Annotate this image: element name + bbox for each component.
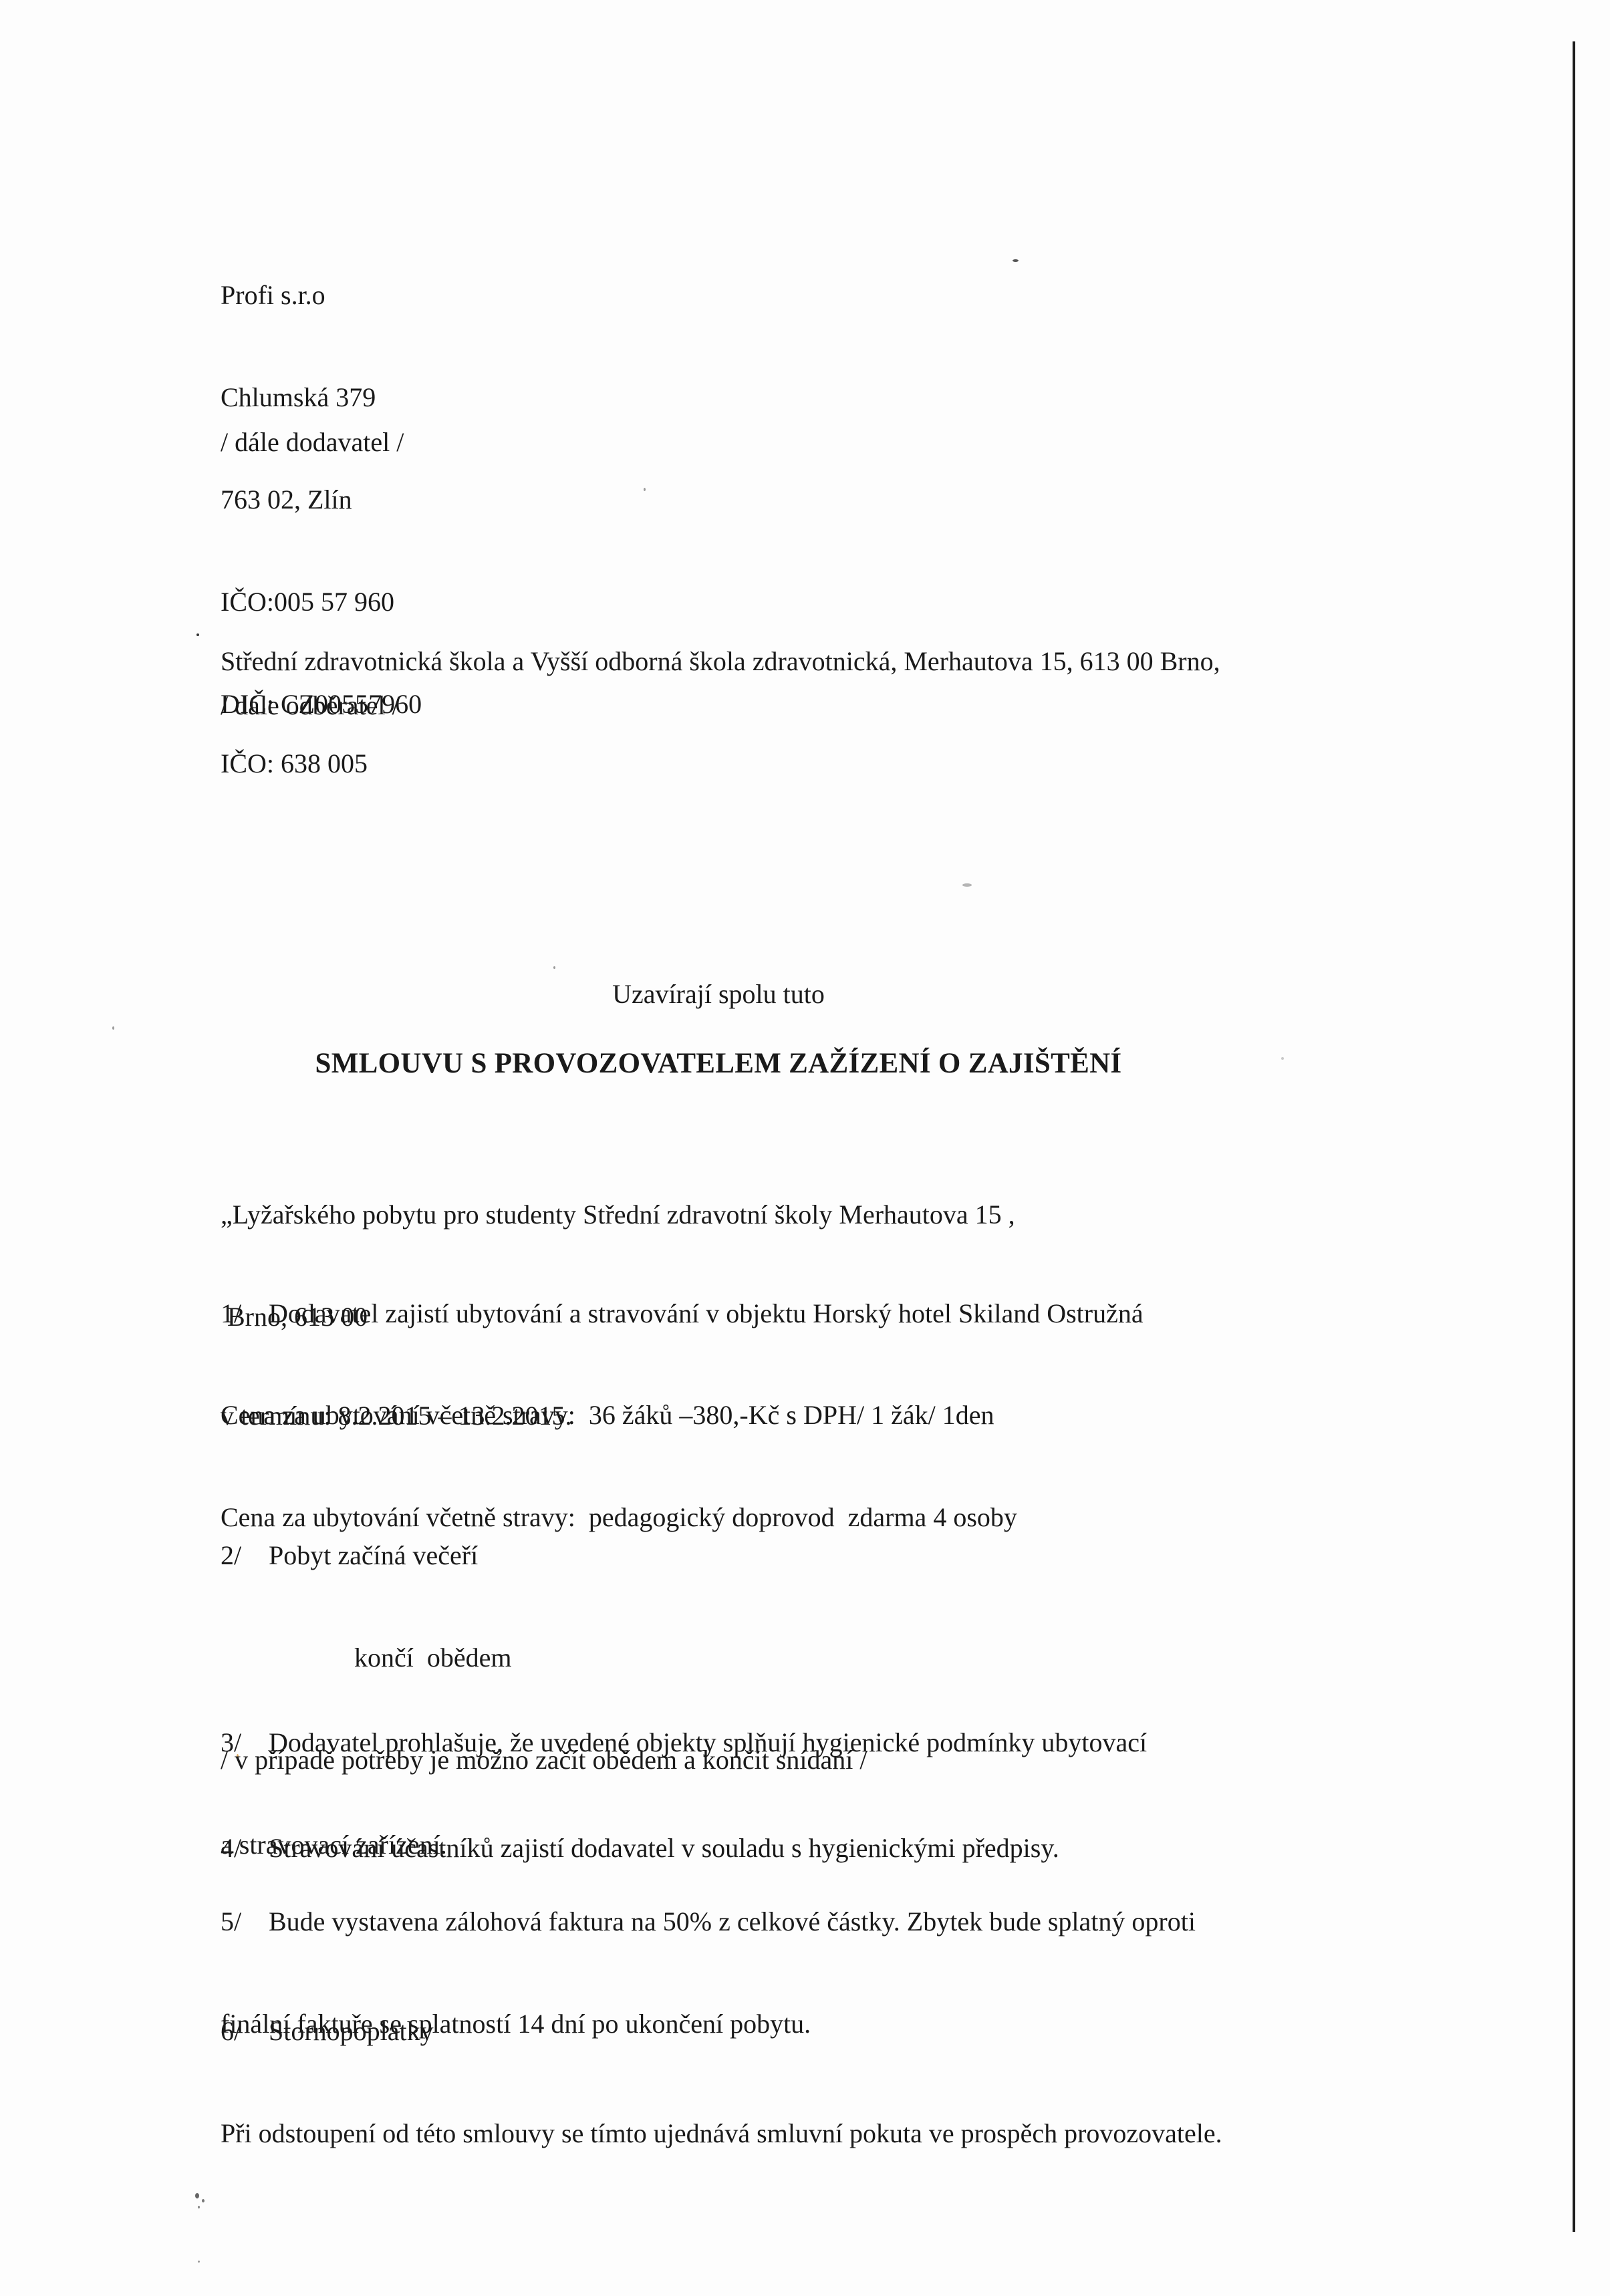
contract-title: SMLOUVU S PROVOZOVATELEM ZAŽÍZENÍ O ZAJI…: [0, 1046, 1437, 1081]
scan-speck: [1013, 259, 1019, 262]
scan-speck: [553, 966, 555, 969]
scan-speck: [962, 883, 972, 887]
scan-speck: [112, 1026, 114, 1030]
scan-speck: [202, 2199, 205, 2202]
subject-line-1: „Lyžařského pobytu pro studenty Střední …: [221, 1197, 1015, 1232]
customer-role-note: / dále odběratel /: [221, 688, 400, 722]
clause-heading: Stornopoplatky: [269, 2016, 434, 2046]
clause-number: 3/: [221, 1725, 269, 1759]
clause-text: Dodavatel prohlašuje, že uvedené objekty…: [269, 1727, 1147, 1757]
clause-6: 6/Stornopoplatky Při odstoupení od této …: [221, 1946, 1222, 2218]
contract-intro: Uzavírají spolu tuto: [0, 977, 1437, 1011]
customer-ico: IČO: 638 005: [221, 746, 1220, 780]
supplier-street: Chlumská 379: [221, 380, 422, 414]
scan-edge-line: [1573, 41, 1575, 2232]
price-value: 36 žáků –380,-Kč s DPH/ 1 žák/ 1den: [589, 1400, 994, 1430]
supplier-name: Profi s.r.o: [221, 278, 422, 312]
scanned-contract-page: Profi s.r.o Chlumská 379 763 02, Zlín IČ…: [0, 0, 1610, 2296]
scan-speck: [196, 633, 199, 636]
clause-text: Při odstoupení od této smlouvy se tímto …: [221, 2116, 1222, 2150]
price-label: Cena za ubytování včetně stravy:: [221, 1400, 575, 1430]
clause-number: 1/: [221, 1296, 269, 1330]
supplier-city: 763 02, Zlín: [221, 482, 422, 517]
supplier-role-note: / dále dodavatel /: [221, 425, 404, 459]
scan-speck: [644, 488, 646, 491]
clause-text: Dodavatel zajistí ubytování a stravování…: [269, 1298, 1144, 1328]
scan-speck: [198, 2261, 200, 2263]
customer-name-address: Střední zdravotnická škola a Vyšší odbor…: [221, 644, 1220, 678]
clause-number: 2/: [221, 1538, 269, 1572]
clause-number: 6/: [221, 2014, 269, 2048]
clause-text: Bude vystavena zálohová faktura na 50% z…: [269, 1906, 1196, 1936]
scan-speck: [198, 2206, 200, 2208]
clause-text: Pobyt začíná večeří: [269, 1540, 478, 1570]
clause-number: 5/: [221, 1904, 269, 1939]
scan-speck: [195, 2193, 199, 2198]
